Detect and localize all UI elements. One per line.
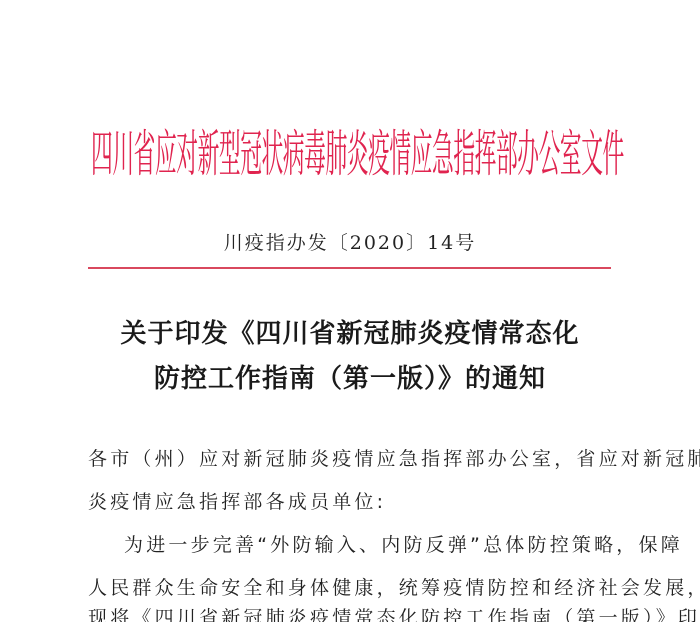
issuer-header: 四川省应对新型冠状病毒肺炎疫情应急指挥部办公室文件	[91, 126, 614, 182]
body-line-2: 炎疫情应急指挥部各成员单位:	[88, 490, 386, 514]
document-title-line-1: 关于印发《四川省新冠肺炎疫情常态化	[0, 319, 700, 349]
issuer-header-text: 四川省应对新型冠状病毒肺炎疫情应急指挥部办公室文件	[91, 126, 624, 182]
red-divider-line	[88, 267, 611, 269]
document-number: 川疫指办发〔2020〕14号	[0, 231, 700, 255]
document-title-line-2: 防控工作指南（第一版）》的通知	[0, 364, 700, 394]
body-line-4: 人民群众生命安全和身体健康，统筹疫情防控和经济社会发展，	[88, 576, 700, 600]
body-line-3: 为进一步完善“外防输入、内防反弹”总体防控策略，保障	[124, 533, 683, 557]
body-line-5: 现将《四川省新冠肺炎疫情常态化防控工作指南（第一版）》印	[88, 606, 700, 622]
official-document: 四川省应对新型冠状病毒肺炎疫情应急指挥部办公室文件 川疫指办发〔2020〕14号…	[0, 0, 700, 622]
body-line-1: 各市（州）应对新冠肺炎疫情应急指挥部办公室，省应对新冠肺	[88, 447, 700, 471]
